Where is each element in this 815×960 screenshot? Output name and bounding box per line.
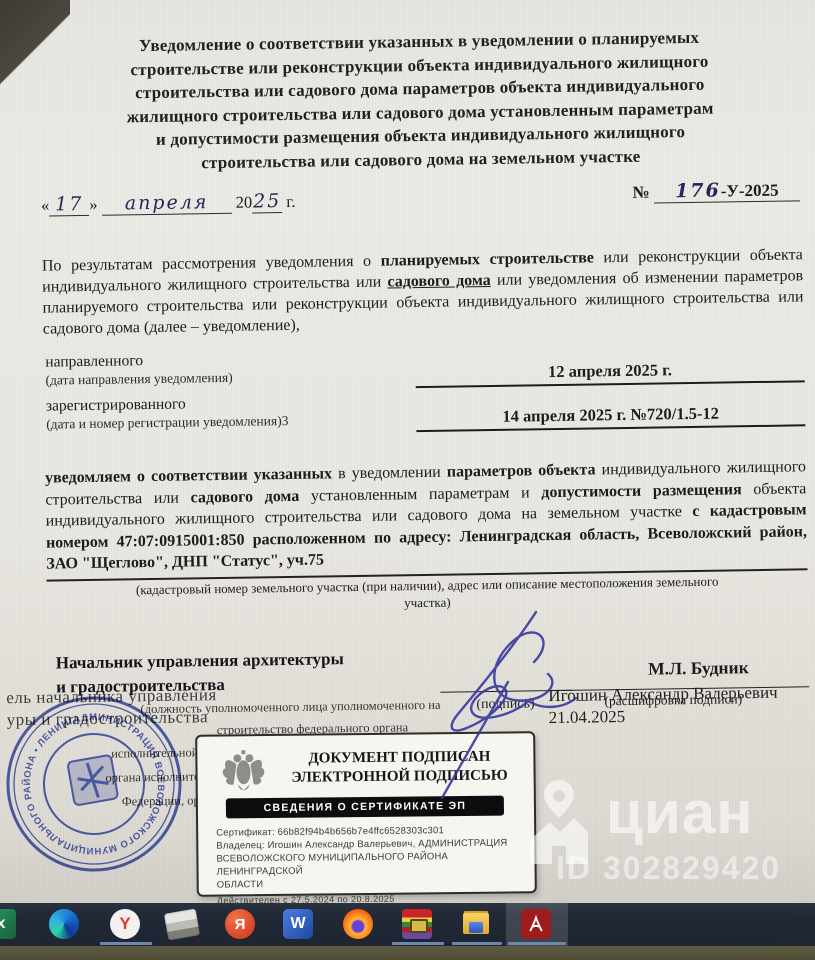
taskbar-icon-firefox[interactable] — [343, 909, 373, 939]
certificate-owner: ВСЕВОЛОЖСКОГО МУНИЦИПАЛЬНОГО РАЙОНА ЛЕНИ… — [216, 849, 524, 878]
number-suffix: -У-2025 — [721, 181, 779, 201]
registered-label: зарегистрированного — [46, 395, 186, 415]
taskbar-icon-acrobat[interactable] — [521, 909, 551, 939]
document-title: Уведомление о соответствии указанных в у… — [38, 24, 801, 176]
handwritten-month: апреля — [125, 191, 209, 214]
handwritten-number: 176 — [675, 180, 721, 203]
eagle-emblem-icon — [219, 746, 268, 798]
signature-caption: (подпись) — [476, 696, 534, 713]
running-indicator — [452, 942, 502, 945]
registered-caption: (дата и номер регистрации уведомления)3 — [46, 413, 288, 433]
certificate-info-button: СВЕДЕНИЯ О СЕРТИФИКАТЕ ЭП — [226, 796, 504, 819]
esign-details: Сертификат: 66b82f94b4b656b7e4ffc6528303… — [216, 823, 525, 907]
taskbar-icon-printer[interactable] — [164, 908, 200, 940]
handwritten-day: 17 — [55, 193, 84, 215]
paragraph-decision: уведомляем о соответствии указанных в ув… — [45, 456, 808, 575]
taskbar-icon-winrar[interactable] — [402, 909, 432, 939]
certificate-owner: ОБЛАСТИ — [217, 875, 525, 891]
registered-field-row: зарегистрированного (дата и номер регист… — [44, 386, 806, 439]
sent-value: 12 апреля 2025 г. — [415, 358, 804, 388]
taskbar-icon-file-explorer[interactable] — [461, 909, 491, 939]
document-number: № 176-У-2025 — [632, 178, 800, 203]
land-plot-caption: (кадастровый номер земельного участка (п… — [47, 568, 808, 616]
taskbar-icon-edge[interactable] — [49, 909, 79, 939]
date-and-number-row: «17» апреля 2025 г. № 176-У-2025 — [41, 182, 802, 216]
taskbar-icon-excel[interactable]: x — [0, 909, 16, 939]
taskbar-icon-word[interactable]: W — [283, 909, 313, 939]
number-sign: № — [632, 183, 649, 202]
desk-edge-strip — [0, 946, 815, 960]
quote-close: » — [89, 195, 98, 214]
registered-value: 14 апреля 2025 г. №720/1.5-12 — [416, 402, 805, 432]
taskbar: x Y Я W — [0, 903, 815, 946]
running-indicator — [392, 942, 444, 945]
running-indicator — [100, 942, 152, 945]
esign-title: ДОКУМЕНТ ПОДПИСАН ЭЛЕКТРОННОЙ ПОДПИСЬЮ — [273, 747, 525, 788]
signer-name: М.Л. Будник — [588, 656, 809, 680]
date-line: «17» апреля 2025 г. — [41, 192, 296, 215]
paragraph-intro: По результатам рассмотрения уведомления … — [42, 244, 804, 339]
quote-open: « — [41, 196, 50, 215]
sent-caption: (дата направления уведомления) — [45, 370, 232, 389]
acrobat-glyph — [525, 913, 547, 935]
esign-stamp-box: ДОКУМЕНТ ПОДПИСАН ЭЛЕКТРОННОЙ ПОДПИСЬЮ С… — [195, 731, 537, 897]
handwritten-year: 25 — [253, 190, 282, 212]
year-prefix: 20 — [236, 192, 253, 211]
esign-overlay-date: 21.04.2025 — [549, 707, 626, 728]
position-caption: (должность уполномоченного лица уполномо… — [140, 698, 440, 717]
esign-overlay-name: Игошин Александр Валерьевич — [548, 683, 778, 706]
stamp-emblem — [61, 749, 124, 812]
sent-label: направленного — [45, 352, 143, 371]
screen: Уведомление о соответствии указанных в у… — [0, 0, 815, 960]
running-indicator — [508, 942, 566, 945]
year-label: г. — [286, 192, 295, 211]
signer-position: Начальник управления архитектуры — [56, 649, 344, 673]
taskbar-icon-yandex-search[interactable]: Я — [225, 909, 255, 939]
taskbar-icon-yandex-browser[interactable]: Y — [110, 909, 140, 939]
